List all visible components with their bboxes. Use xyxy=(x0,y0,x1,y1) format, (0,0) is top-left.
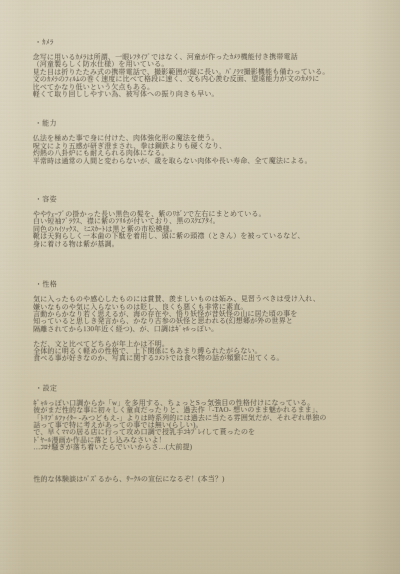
section-camera-title: ・ｶﾒﾗ xyxy=(35,39,380,47)
scanned-page: ・ｶﾒﾗ 念写に用いるｶﾒﾗは所謂、一眼ﾚﾌﾀｲﾌﾟではなく、河童が作ったｶﾒﾗ… xyxy=(0,0,400,574)
section-appearance-body: ややｳｪｰﾌﾞの掛かった長い黒色の髪を、紫のﾘﾎﾞﾝで左右にまとめている。 白い… xyxy=(33,211,380,249)
section-appearance: ・容姿 ややｳｪｰﾌﾞの掛かった長い黒色の髪を、紫のﾘﾎﾞﾝで左右にまとめている… xyxy=(33,196,380,249)
section-camera: ・ｶﾒﾗ 念写に用いるｶﾒﾗは所謂、一眼ﾚﾌﾀｲﾌﾟではなく、河童が作ったｶﾒﾗ… xyxy=(33,39,380,99)
section-setting-body: ｷﾞｬﾙっぽい口調からか「w」を多用する、ちょっとSっ気強目の性格付けになってい… xyxy=(33,399,380,451)
section-ability: ・能力 仏法を極めた事で身に付けた、肉体強化形の魔法を使う。 呪文により五感が研… xyxy=(33,120,380,165)
section-setting-title: ・設定 xyxy=(35,384,380,392)
section-camera-body: 念写に用いるｶﾒﾗは所謂、一眼ﾚﾌﾀｲﾌﾟではなく、河童が作ったｶﾒﾗ機能付き携… xyxy=(33,54,380,99)
section-personality-title: ・性格 xyxy=(35,281,380,289)
page-content: ・ｶﾒﾗ 念写に用いるｶﾒﾗは所謂、一眼ﾚﾌﾀｲﾌﾟではなく、河童が作ったｶﾒﾗ… xyxy=(33,39,381,484)
closing-remark: 性的な体験談はﾊﾞｽﾞるから、ｻｰｸﾙの宣伝になるぞ！(本当？) xyxy=(33,475,380,483)
section-ability-title: ・能力 xyxy=(35,120,380,128)
section-appearance-title: ・容姿 xyxy=(35,196,380,204)
section-ability-body: 仏法を極めた事で身に付けた、肉体強化形の魔法を使う。 呪文により五感が研ぎ澄まさ… xyxy=(33,135,380,165)
section-setting: ・設定 ｷﾞｬﾙっぽい口調からか「w」を多用する、ちょっとSっ気強目の性格付けに… xyxy=(33,384,380,451)
section-personality: ・性格 気に入ったものや感心したものには賞賛、羨ましいものは妬み、見習うべきは受… xyxy=(33,281,380,363)
section-personality-body: 気に入ったものや感心したものには賞賛、羨ましいものは妬み、見習うべきは受け入れ、… xyxy=(33,296,380,363)
